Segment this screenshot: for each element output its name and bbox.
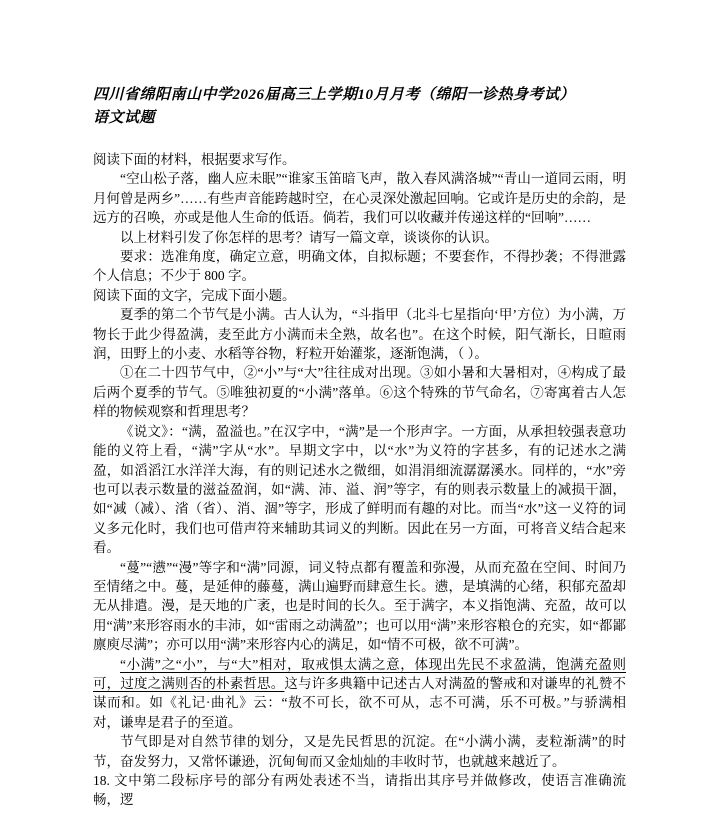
text-segment: 要求：选准角度，确定立意，明确文体，自拟标题；不要套作，不得抄袭；不得泄露个人信… bbox=[93, 249, 626, 283]
document-title: 四川省绵阳南山中学2026届高三上学期10月月考（绵阳一诊热身考试） 语文试题 bbox=[93, 84, 626, 130]
exam-document-page: 四川省绵阳南山中学2026届高三上学期10月月考（绵阳一诊热身考试） 语文试题 … bbox=[0, 0, 718, 825]
text-segment: 阅读下面的材料，根据要求写作。 bbox=[93, 152, 296, 167]
p-numbered-sentences: ①在二十四节气中，②“小”与“大”往往成对出现。③如小暑和大暑相对，④构成了最后… bbox=[93, 363, 626, 421]
p-shuowen: 《说文》：“满，盈溢也。”在汉字中，“满”是一个形声字。一方面，从承担较强表意功… bbox=[93, 422, 626, 558]
p-material-quotes: “空山松子落，幽人应未眠”“谁家玉笛暗飞声，散入春风满洛城”“青山一道同云雨，明… bbox=[93, 169, 626, 227]
title-line-2: 语文试题 bbox=[93, 107, 626, 130]
p-reading-instruction: 阅读下面的文字，完成下面小题。 bbox=[93, 286, 626, 305]
p-writing-instruction: 阅读下面的材料，根据要求写作。 bbox=[93, 150, 626, 169]
text-segment: “空山松子落，幽人应未眠”“谁家玉笛暗飞声，散入春风满洛城”“青山一道同云雨，明… bbox=[93, 171, 626, 225]
document-body: 阅读下面的材料，根据要求写作。“空山松子落，幽人应未眠”“谁家玉笛暗飞声，散入春… bbox=[93, 150, 626, 810]
p-man-cognates: “蔓”“懑”“漫”等字和“满”同源，词义特点都有覆盖和弥漫，从而充盈在空间、时间… bbox=[93, 558, 626, 655]
text-segment: 夏季的第二个节气是小满。古人认为，“斗指甲（北斗七星指向‘甲’方位）为小满，万物… bbox=[93, 307, 626, 361]
text-segment: 《说文》：“满，盈溢也。”在汉字中，“满”是一个形声字。一方面，从承担较强表意功… bbox=[93, 424, 626, 555]
p-conclusion: 节气即是对自然节律的划分，又是先民哲思的沉淀。在“小满小满，麦粒渐满”的时节，奋… bbox=[93, 732, 626, 771]
p-question-18: 18. 文中第二段标序号的部分有两处表述不当，请指出其序号并做修改，使语言准确流… bbox=[93, 771, 626, 810]
text-segment: 18. 文中第二段标序号的部分有两处表述不当，请指出其序号并做修改，使语言准确流… bbox=[93, 773, 626, 807]
p-xiaoman-philosophy: “小满”之“小”，与“大”相对，取戒惧太满之意，体现出先民不求盈满，饱满充盈则可… bbox=[93, 655, 626, 733]
text-segment: 节气即是对自然节律的划分，又是先民哲思的沉淀。在“小满小满，麦粒渐满”的时节，奋… bbox=[93, 734, 626, 768]
p-essay-task: 以上材料引发了你怎样的思考？请写一篇文章，谈谈你的认识。 bbox=[93, 228, 626, 247]
text-segment: 以上材料引发了你怎样的思考？请写一篇文章，谈谈你的认识。 bbox=[120, 230, 498, 245]
text-segment: ①在二十四节气中，②“小”与“大”往往成对出现。③如小暑和大暑相对，④构成了最后… bbox=[93, 365, 626, 419]
text-segment: 阅读下面的文字，完成下面小题。 bbox=[93, 288, 296, 303]
p-requirements: 要求：选准角度，确定立意，明确文体，自拟标题；不要套作，不得抄袭；不得泄露个人信… bbox=[93, 247, 626, 286]
text-segment: “蔓”“懑”“漫”等字和“满”同源，词义特点都有覆盖和弥漫，从而充盈在空间、时间… bbox=[93, 560, 626, 653]
title-line-1: 四川省绵阳南山中学2026届高三上学期10月月考（绵阳一诊热身考试） bbox=[93, 84, 626, 107]
p-xiaoman-intro: 夏季的第二个节气是小满。古人认为，“斗指甲（北斗七星指向‘甲’方位）为小满，万物… bbox=[93, 305, 626, 363]
